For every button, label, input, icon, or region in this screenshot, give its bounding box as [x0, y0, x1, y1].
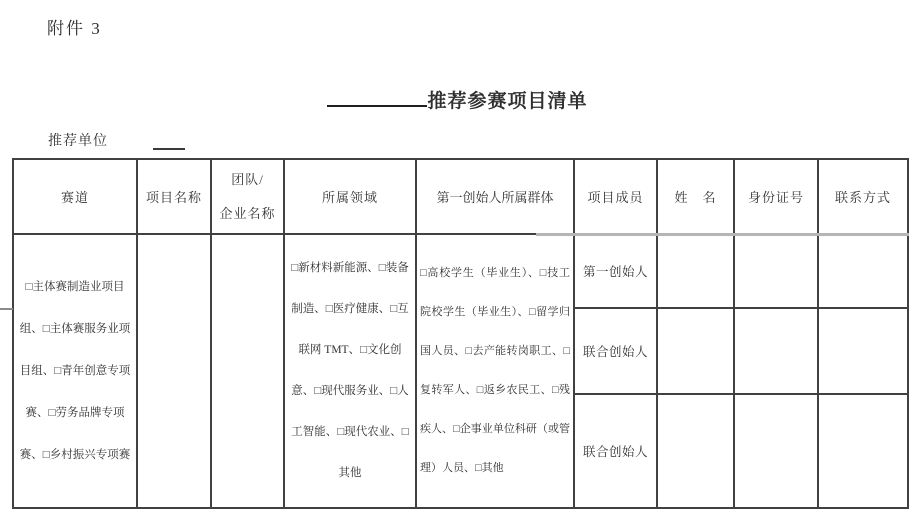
cell-member-role-2: 联合创始人 [574, 308, 657, 394]
cell-member-role-3: 联合创始人 [574, 394, 657, 508]
cell-member-role-1: 第一创始人 [574, 234, 657, 308]
header-name: 姓 名 [657, 159, 734, 234]
table-row: □主体赛制造业项目组、□主体赛服务业项目组、□青年创意专项赛、□劳务品牌专项赛、… [13, 234, 908, 308]
header-track: 赛道 [13, 159, 137, 234]
cell-founder-group-options: □高校学生（毕业生）、□技工院校学生（毕业生）、□留学归国人员、□去产能转岗职工… [416, 234, 574, 508]
header-field: 所属领域 [284, 159, 416, 234]
scan-artifact-gray-line [536, 233, 909, 236]
cell-id-number-3 [734, 394, 818, 508]
cell-name-3 [657, 394, 734, 508]
header-founder-group: 第一创始人所属群体 [416, 159, 574, 234]
scan-artifact-tick [0, 308, 13, 310]
cell-contact-1 [818, 234, 908, 308]
cell-project-name [137, 234, 211, 508]
header-id-number: 身份证号 [734, 159, 818, 234]
cell-name-2 [657, 308, 734, 394]
cell-team-name [211, 234, 284, 508]
title-blank-line [327, 86, 427, 107]
cell-contact-2 [818, 308, 908, 394]
header-project-member: 项目成员 [574, 159, 657, 234]
project-list-table: 赛道 项目名称 团队/ 企业名称 所属领域 第一创始人所属群体 项目成员 姓 名… [12, 158, 909, 509]
cell-track-options: □主体赛制造业项目组、□主体赛服务业项目组、□青年创意专项赛、□劳务品牌专项赛、… [13, 234, 137, 508]
title-text: 推荐参赛项目清单 [427, 91, 587, 112]
document-title: 推荐参赛项目清单 [0, 86, 915, 113]
cell-contact-3 [818, 394, 908, 508]
cell-field-options: □新材料新能源、□装备制造、□医疗健康、□互联网 TMT、□文化创意、□现代服务… [284, 234, 416, 508]
cell-id-number-1 [734, 234, 818, 308]
cell-id-number-2 [734, 308, 818, 394]
attachment-label: 附件 3 [47, 14, 102, 39]
cell-name-1 [657, 234, 734, 308]
header-project-name: 项目名称 [137, 159, 211, 234]
recommender-label: 推荐单位 [48, 130, 108, 150]
recommender-blank-line [153, 131, 185, 150]
table-header-row: 赛道 项目名称 团队/ 企业名称 所属领域 第一创始人所属群体 项目成员 姓 名… [13, 159, 908, 234]
header-team-name: 团队/ 企业名称 [211, 159, 284, 234]
header-contact: 联系方式 [818, 159, 908, 234]
document-page: 附件 3 推荐参赛项目清单 推荐单位 赛道 项目名称 团队/ 企业名称 所属领域… [0, 0, 915, 524]
